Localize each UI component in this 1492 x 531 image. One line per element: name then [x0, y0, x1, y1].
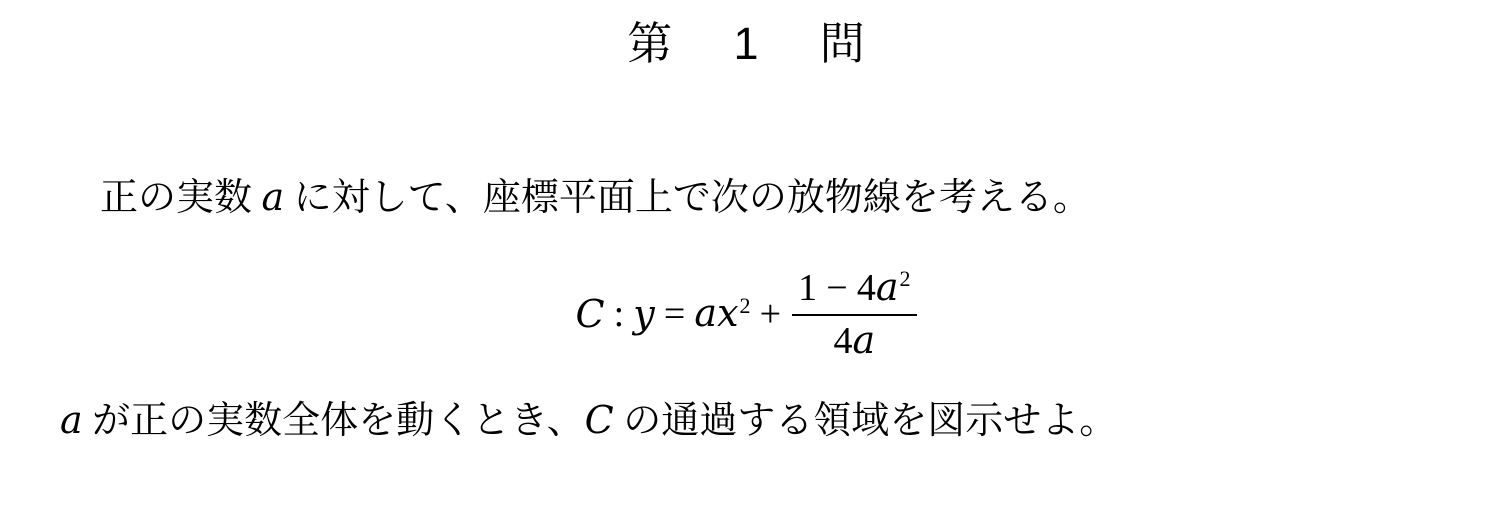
minus-symbol: −: [826, 267, 847, 309]
fraction-numerator: 1−4a2: [792, 266, 916, 316]
quadratic-term: ax2: [694, 291, 750, 338]
plus-symbol: +: [760, 292, 781, 338]
equals-symbol: =: [664, 292, 685, 338]
question-var-C: C: [585, 398, 614, 442]
exponent-two: 2: [740, 293, 751, 318]
math-curve-label-C: C: [575, 292, 604, 338]
problem-title: 第 1 問: [0, 18, 1492, 70]
colon-symbol: :: [614, 292, 625, 338]
intro-text-pre: 正の実数: [100, 177, 262, 219]
fraction: 1−4a2 4a: [792, 266, 916, 363]
numerator-exponent: 2: [899, 266, 910, 291]
numerator-var-a: a: [876, 265, 899, 309]
math-var-ax: ax: [694, 291, 738, 335]
curve-equation: C : y = ax2 + 1−4a2 4a: [0, 266, 1492, 363]
numerator-coefficient: 4: [857, 267, 876, 309]
denominator-var-a: a: [852, 318, 875, 362]
math-var-a: a: [262, 175, 285, 219]
question-var-a: a: [60, 398, 83, 442]
intro-sentence: 正の実数 a に対して、座標平面上で次の放物線を考える。: [100, 174, 1091, 223]
intro-text-post: に対して、座標平面上で次の放物線を考える。: [284, 177, 1091, 219]
question-text-post: の通過する領域を図示せよ。: [614, 400, 1118, 442]
fraction-denominator: 4a: [833, 316, 875, 364]
numerator-one: 1: [798, 267, 817, 309]
question-text-mid: が正の実数全体を動くとき、: [83, 400, 585, 442]
question-sentence: a が正の実数全体を動くとき、C の通過する領域を図示せよ。: [60, 397, 1117, 446]
exam-problem-page: 第 1 問 正の実数 a に対して、座標平面上で次の放物線を考える。 C : y…: [0, 0, 1492, 531]
denominator-coefficient: 4: [833, 320, 852, 362]
math-var-y: y: [633, 292, 654, 338]
